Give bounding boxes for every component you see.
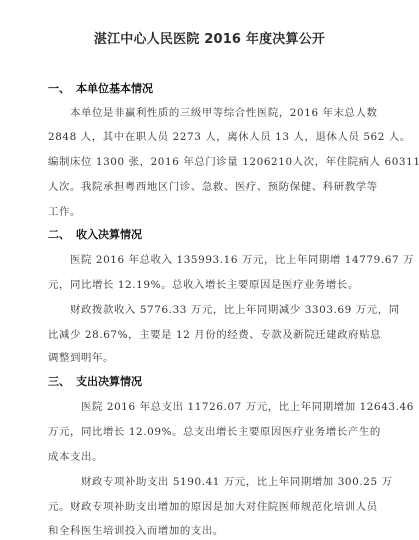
paragraph-line: 医院 2016 年总支出 11726.07 万元，比上年同期增加 12643.4… [81,398,370,413]
section-heading-income: 二、收入决算情况 [48,226,142,242]
paragraph-line: 比减少 28.67%，主要是 12 月份的经费、专款及新院迁建政府贴息 [48,326,370,341]
section-number: 二、 [48,226,76,242]
paragraph-line: 医院 2016 年总收入 135993.16 万元，比上年同期增 14779.6… [70,251,370,266]
section-heading-expenditure: 三、支出决算情况 [48,373,142,389]
paragraph-line: 元，同比增长 12.19%。总收入增长主要原因是医疗业务增长。 [48,276,370,291]
paragraph-line: 财政拨款收入 5776.33 万元，比上年同期减少 3303.69 万元，同 [70,301,370,316]
section-number: 三、 [48,373,76,389]
paragraph-line: 编制床位 1300 张，2016 年总门诊量 1206210人次，年住院病人 6… [48,153,370,168]
document-page: 湛江中心人民医院 2016 年度决算公开 一、本单位基本情况 本单位是非赢利性质… [0,0,419,540]
document-title: 湛江中心人民医院 2016 年度决算公开 [0,28,419,47]
section-title: 收入决算情况 [76,228,142,241]
section-number: 一、 [48,80,76,96]
paragraph-line: 工作。 [48,203,370,218]
section-title: 本单位基本情况 [76,82,153,95]
paragraph-line: 2848 人，其中在职人员 2273 人，离休人员 13 人，退休人员 562 … [48,128,370,143]
paragraph-line: 成本支出。 [48,448,370,463]
paragraph-line: 人次。我院承担粤西地区门诊、急救、医疗、预防保健、科研教学等 [48,178,370,193]
paragraph-line: 调整到明年。 [48,349,370,364]
section-title: 支出决算情况 [76,375,142,388]
paragraph-line: 和全科医生培训投入而增加的支出。 [48,522,370,537]
section-heading-basic-info: 一、本单位基本情况 [48,80,153,96]
paragraph-line: 财政专项补助支出 5190.41 万元，比上年同期增加 300.25 万 [81,473,370,488]
paragraph-line: 本单位是非赢利性质的三级甲等综合性医院，2016 年末总人数 [70,104,370,119]
paragraph-line: 元。财政专项补助支出增加的原因是加大对住院医师规范化培训人员 [48,498,370,513]
paragraph-line: 万元，同比增长 12.09%。总支出增长主要原因医疗业务增长产生的 [48,423,370,438]
